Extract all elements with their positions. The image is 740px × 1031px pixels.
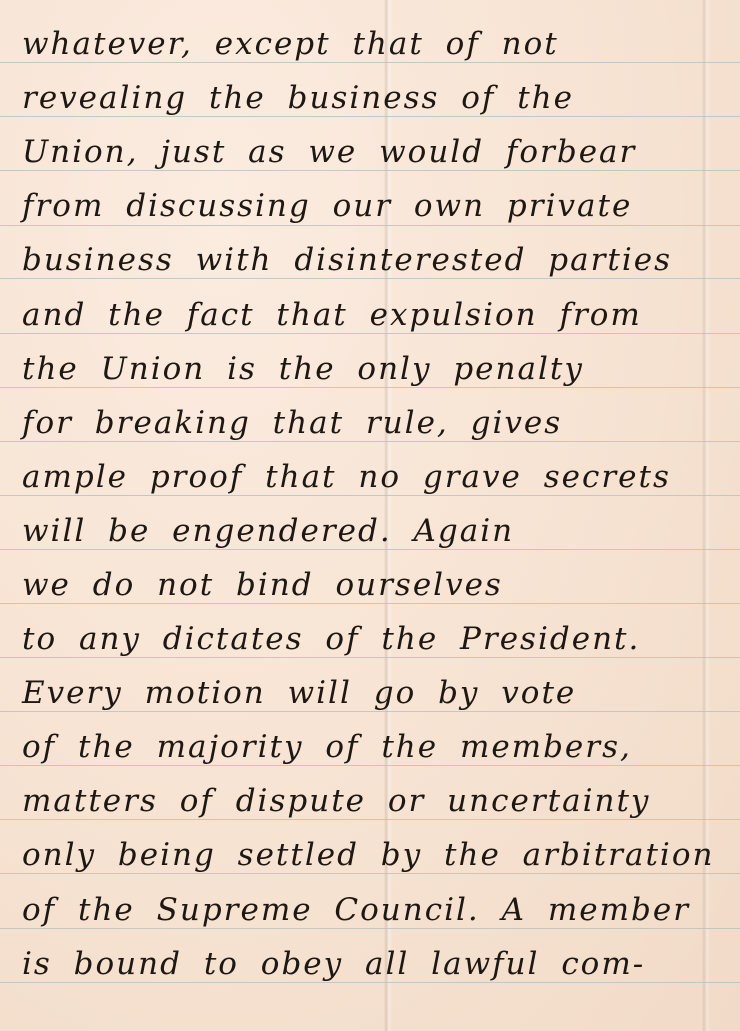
letter-page: whatever, except that of not revealing t…: [0, 0, 740, 1031]
handwritten-line: we do not bind ourselves: [22, 565, 738, 605]
handwritten-line: matters of dispute or uncertainty: [22, 781, 738, 821]
handwritten-line: revealing the business of the: [22, 78, 738, 118]
handwritten-line: ample proof that no grave secrets: [22, 457, 738, 497]
handwritten-line: is bound to obey all lawful com-: [22, 944, 738, 984]
handwritten-line: only being settled by the arbitration: [22, 835, 738, 875]
handwritten-line: will be engendered. Again: [22, 511, 738, 551]
handwritten-line: from discussing our own private: [22, 186, 738, 226]
handwritten-line: Union, just as we would forbear: [22, 132, 738, 172]
handwritten-line: and the fact that expulsion from: [22, 295, 738, 335]
handwritten-line: for breaking that rule, gives: [22, 403, 738, 443]
handwritten-line: of the Supreme Council. A member: [22, 890, 738, 930]
handwritten-line: business with disinterested parties: [22, 240, 738, 280]
handwritten-line: the Union is the only penalty: [22, 349, 738, 389]
handwritten-line: of the majority of the members,: [22, 727, 738, 767]
handwritten-line: to any dictates of the President.: [22, 619, 738, 659]
handwritten-line: Every motion will go by vote: [22, 673, 738, 713]
handwritten-line: whatever, except that of not: [22, 24, 738, 64]
